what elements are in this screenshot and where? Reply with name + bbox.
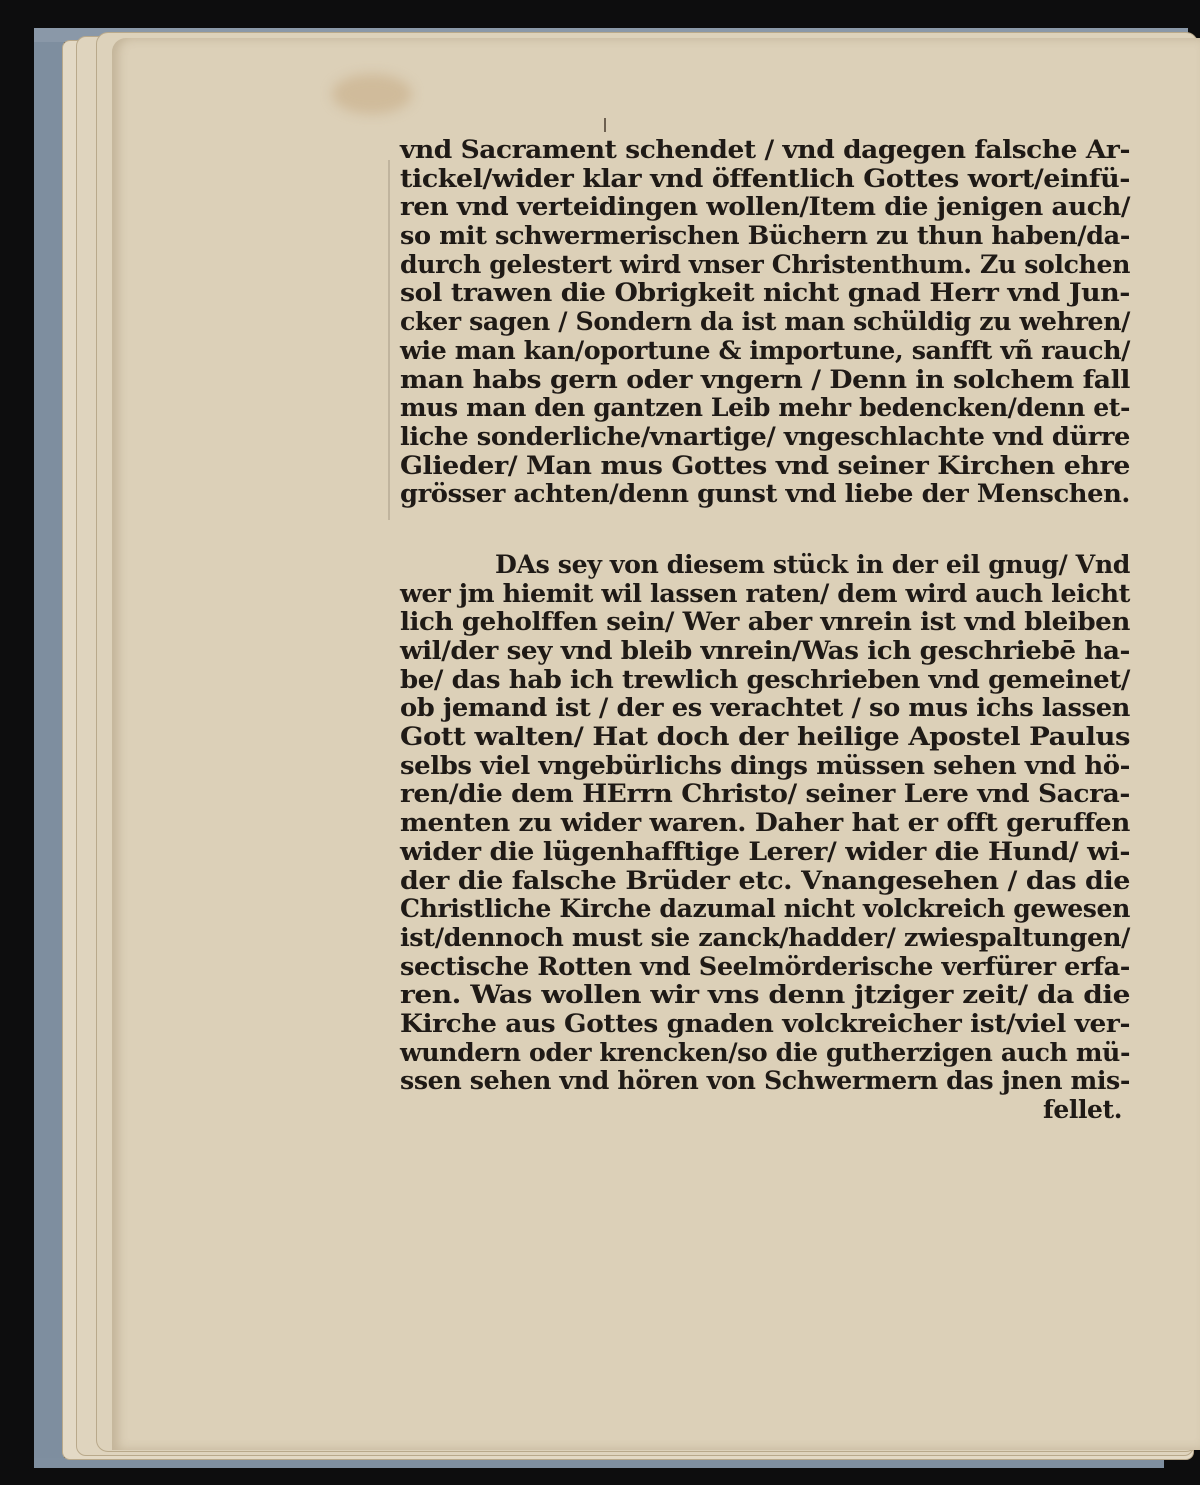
text-line: ob jemand ist / der es verachtet / so mu… [400, 694, 1130, 723]
text-line: wil/der sey vnd bleib vnrein/Was ich ges… [400, 637, 1130, 666]
book-cover-left-edge [34, 28, 64, 1458]
text-line: ist/dennoch must sie zanck/hadder/ zwies… [400, 924, 1130, 953]
text-line: cker sagen / Sondern da ist man schüldig… [400, 308, 1130, 337]
text-line: wider die lügenhafftige Lerer/ wider die… [400, 838, 1130, 867]
text-line: Glieder/ Man mus Gottes vnd seiner Kirch… [400, 452, 1130, 481]
text-line: Christliche Kirche dazumal nicht volckre… [400, 895, 1130, 924]
text-line: grösser achten/denn gunst vnd liebe der … [400, 480, 1130, 509]
paragraph-gap [400, 509, 1130, 551]
text-line: Gott walten/ Hat doch der heilige Aposte… [400, 723, 1130, 752]
text-line: ren/die dem HErrn Christo/ seiner Lere v… [400, 780, 1130, 809]
text-line: sol trawen die Obrigkeit nicht gnad Herr… [400, 279, 1130, 308]
text-line: wundern oder krencken/so die gutherzigen… [400, 1039, 1130, 1068]
paragraph-2: DAs sey von diesem stück in der eil gnug… [400, 551, 1130, 1125]
text-line: ren. Was wollen wir vns denn jtziger zei… [400, 981, 1130, 1010]
text-line: liche sonderliche/vnartige/ vngeschlacht… [400, 423, 1130, 452]
text-line: sectische Rotten vnd Seelmörderische ver… [400, 953, 1130, 982]
text-line: wie man kan/oportune & importune, sanfft… [400, 337, 1130, 366]
margin-mark [604, 118, 606, 132]
text-line: wer jm hiemit wil lassen raten/ dem wird… [400, 580, 1130, 609]
text-line: selbs viel vngebürlichs dings müssen seh… [400, 752, 1130, 781]
text-block: vnd Sacrament schendet / vnd dagegen fal… [400, 136, 1130, 1125]
paper-stain [332, 74, 412, 114]
text-line: DAs sey von diesem stück in der eil gnug… [400, 551, 1130, 580]
text-line: be/ das hab ich trewlich geschrieben vnd… [400, 666, 1130, 695]
text-line: man habs gern oder vngern / Denn in solc… [400, 366, 1130, 395]
text-line: menten zu wider waren. Daher hat er offt… [400, 809, 1130, 838]
text-line: ren vnd verteidingen wollen/Item die jen… [400, 193, 1130, 222]
text-line: durch gelestert wird vnser Christenthum.… [400, 251, 1130, 280]
paragraph-1: vnd Sacrament schendet / vnd dagegen fal… [400, 136, 1130, 509]
text-line-final: fellet. [400, 1096, 1130, 1125]
text-line: Kirche aus Gottes gnaden volckreicher is… [400, 1010, 1130, 1039]
text-line: vnd Sacrament schendet / vnd dagegen fal… [400, 136, 1130, 165]
text-line: mus man den gantzen Leib mehr bedencken/… [400, 394, 1130, 423]
text-line: der die falsche Brüder etc. Vnangesehen … [400, 867, 1130, 896]
text-line: lich geholffen sein/ Wer aber vnrein ist… [400, 608, 1130, 637]
text-line: so mit schwermerischen Büchern zu thun h… [400, 222, 1130, 251]
margin-mark [388, 160, 390, 520]
text-line: tickel/wider klar vnd öffentlich Gottes … [400, 165, 1130, 194]
text-line: ssen sehen vnd hören von Schwermern das … [400, 1067, 1130, 1096]
